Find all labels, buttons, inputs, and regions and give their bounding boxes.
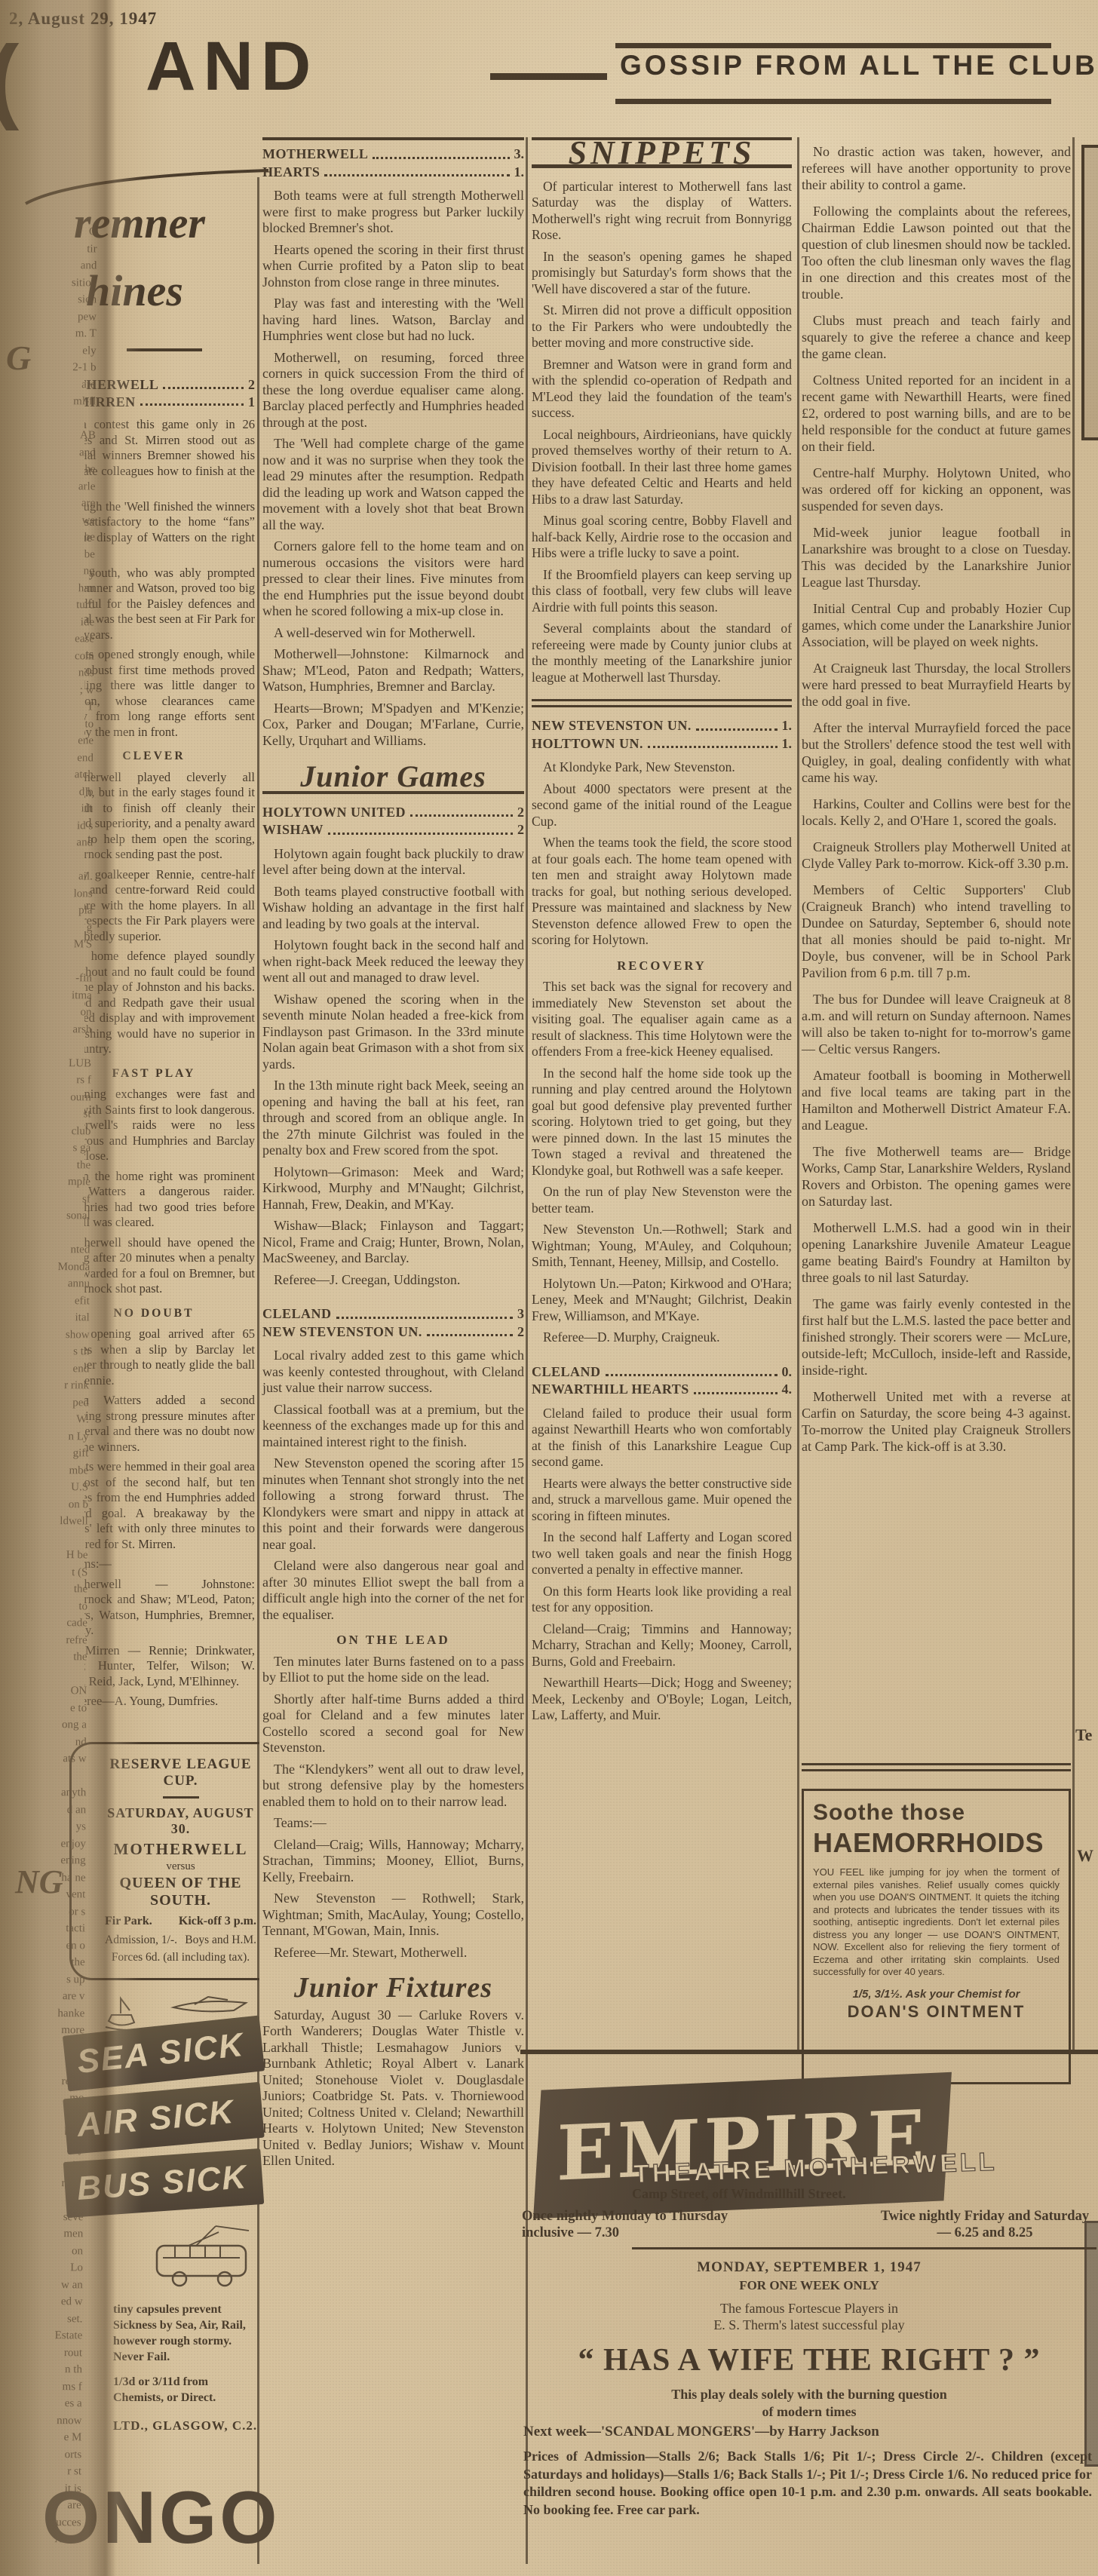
paragraph: Only goalkeeper Rennie, centre-half Telf…: [84, 867, 255, 945]
score-line: WISHAW2: [262, 822, 524, 839]
paragraph: This set back was the signal for recover…: [532, 979, 792, 1060]
fold-big-letter: G: [6, 338, 31, 378]
paragraph: Then Watters added a second following st…: [84, 1393, 255, 1455]
notice-versus: versus: [105, 1860, 256, 1873]
notice-date: SATURDAY, AUGUST 30.: [105, 1805, 256, 1837]
notice-title: RESERVE LEAGUE CUP.: [105, 1756, 256, 1789]
score-line: HEARTS1.: [262, 164, 524, 181]
paragraph: Amateur football is booming in Motherwel…: [802, 1067, 1071, 1133]
paragraph: When the teams took the field, the score…: [532, 835, 792, 949]
headline-rule: [127, 348, 202, 351]
schedule-weekdays: Once nightly Monday to Thursday inclusiv…: [522, 2208, 771, 2241]
paragraph: St. Mirren — Rennie; Drinkwater, Smith; …: [84, 1643, 255, 1690]
sub-heading: NO DOUBT: [84, 1306, 255, 1322]
edge-text-fragment: Te: [1075, 1725, 1092, 1745]
dot-leader: [648, 746, 777, 748]
paragraph: After the interval Murrayfield forced th…: [802, 719, 1071, 786]
ad-price-line: 1/5, 3/1½. Ask your Chemist for: [813, 1988, 1060, 2001]
paragraph: In the second half the home side took up…: [532, 1066, 792, 1179]
play-description-line1: This play deals solely with the burning …: [520, 2386, 1098, 2403]
paragraph: Wishaw opened the scoring when in the se…: [262, 992, 524, 1073]
paragraph: Corners galore fell to the home team and…: [262, 538, 524, 620]
paragraph: New Stevenston opened the scoring after …: [262, 1455, 524, 1553]
paragraph: A well-deserved win for Motherwell.: [262, 625, 524, 642]
sub-heading: FAST PLAY: [84, 1066, 255, 1082]
paragraph: The youth, who was ably prompted by Brem…: [84, 566, 255, 643]
score-line: HOLTTOWN UN.1.: [532, 736, 792, 753]
paragraph: Shortly after half-time Burns added a th…: [262, 1691, 524, 1756]
play-description-line2: of modern times: [520, 2403, 1098, 2421]
paragraph: In the second half Lafferty and Logan sc…: [532, 1529, 792, 1578]
dot-leader: [336, 1317, 513, 1319]
notice-away-team: QUEEN OF THE SOUTH.: [105, 1875, 256, 1909]
prices-paragraph: Prices of Admission—Stalls 2/6; Back Sta…: [523, 2448, 1092, 2519]
paragraph: On the run of play New Stevenston were t…: [532, 1184, 792, 1216]
score-line: NEW STEVENSTON UN.1.: [532, 718, 792, 734]
ad-title-line1: Soothe those: [813, 1800, 1060, 1826]
players-line2: E. S. Therm's latest successful play: [520, 2317, 1098, 2333]
paragraph: In a contest this game only in 26 minute…: [84, 417, 255, 495]
notice-rule: [163, 1796, 199, 1799]
fold-big-letter: NG: [15, 1863, 63, 1901]
doans-ointment-ad: Soothe those HAEMORRHOIDS YOU FEEL like …: [802, 1789, 1071, 2084]
sub-heading: ON THE LEAD: [262, 1632, 524, 1648]
sick-ad-line: tiny capsules prevent Sickness by Sea, A…: [113, 2302, 258, 2365]
match-report-body: In a contest this game only in 26 minute…: [84, 417, 255, 1710]
dot-leader: [163, 387, 244, 389]
sub-heading: CLEVER: [84, 749, 255, 765]
column-divider: [1072, 137, 1075, 2050]
notice-admission: Admission, 1/-.Boys and H.M.: [105, 1934, 256, 1947]
match-report-body: Holytown again fought back pluckily to d…: [262, 846, 524, 1289]
dot-leader: [140, 403, 244, 406]
paragraph: The “Klendykers” went all out to draw le…: [262, 1762, 524, 1811]
dot-leader: [328, 833, 513, 835]
paragraph: Referee—Mr. Stewart, Motherwell.: [262, 1945, 524, 1961]
score-line: NEWARTHILL HEARTS4.: [532, 1382, 792, 1398]
gossip-heading: GOSSIP FROM ALL THE CLUBS: [620, 50, 1098, 81]
paragraph: Craigneuk Strollers play Motherwell Unit…: [802, 839, 1071, 872]
ad-body-copy: YOU FEEL like jumping for joy when the t…: [813, 1866, 1060, 1979]
section-double-rule: [532, 699, 792, 707]
scorecard: MOTHERWELL3. HEARTS1.: [262, 146, 524, 180]
snippets-heading: SNIPPETS: [532, 137, 792, 168]
paragraph: Clubs must preach and teach fairly and s…: [802, 312, 1071, 362]
dot-leader: [427, 1334, 513, 1336]
paragraph: New Stevenston — Rothwell; Stark, Wightm…: [262, 1891, 524, 1940]
bus-icon: [143, 2223, 264, 2292]
paragraph: Referee—J. Creegan, Uddingston.: [262, 1272, 524, 1289]
paragraph: Centre-half Murphy. Holytown United, who…: [802, 465, 1071, 514]
reserve-league-cup-notice: RESERVE LEAGUE CUP. SATURDAY, AUGUST 30.…: [69, 1742, 259, 1980]
show-duration: FOR ONE WEEK ONLY: [520, 2278, 1098, 2293]
ad-divider-rule: [802, 1763, 1071, 1771]
dot-leader: [694, 1392, 777, 1394]
dot-leader: [373, 157, 509, 159]
newspaper-page: G tir and sition sion pew m. T ely 2-1 b…: [0, 0, 1098, 2576]
paragraph: The 'Well had complete charge of the gam…: [262, 436, 524, 533]
paragraph: Hearts opened the scoring in their first…: [262, 242, 524, 291]
ad-title-line2: HAEMORRHOIDS: [813, 1827, 1060, 1859]
paragraph: Saints opened strongly enough, while the…: [84, 647, 255, 740]
paragraph: Play was fast and interesting with the '…: [262, 296, 524, 345]
sea-sick-banner: SEA SICK: [63, 2016, 265, 2092]
ad-product-name: DOAN'S OINTMENT: [813, 2002, 1060, 2022]
headline-bremner-shines-line2: hines: [86, 265, 183, 316]
match-report-body: At Klondyke Park, New Stevenston. About …: [532, 759, 792, 1346]
bus-sick-banner: BUS SICK: [63, 2148, 265, 2218]
show-date: MONDAY, SEPTEMBER 1, 1947: [520, 2259, 1098, 2276]
paragraph: Hearts—Brown; M'Spadyen and M'Kenzie; Co…: [262, 701, 524, 750]
cut-ad-box-fragment: [1081, 145, 1098, 440]
match-report-body: Both teams were at full strength Motherw…: [262, 188, 524, 749]
paragraph: Following the complaints about the refer…: [802, 203, 1071, 302]
paragraph: At Craigneuk last Thursday, the local St…: [802, 660, 1071, 710]
paragraph: Motherwell L.M.S. had a good win in thei…: [802, 1219, 1071, 1286]
score-line: CLELAND0.: [532, 1364, 792, 1381]
paragraph: The opening goal arrived after 65 minute…: [84, 1326, 255, 1388]
paragraph: Local rivalry added zest to this game wh…: [262, 1348, 524, 1397]
paragraph: Motherwell should have opened the scorin…: [84, 1235, 255, 1297]
paragraph: Mid-week junior league football in Lanar…: [802, 524, 1071, 590]
paragraph: Coltness United reported for an incident…: [802, 372, 1071, 455]
players-line1: The famous Fortescue Players in: [520, 2300, 1098, 2317]
paragraph: Motherwell United met with a reverse at …: [802, 1388, 1071, 1455]
paragraph: Cleland were also dangerous near goal an…: [262, 1558, 524, 1623]
paragraph: St. Mirren did not prove a difficult opp…: [532, 302, 792, 351]
score-line: NEW STEVENSTON UN.2: [262, 1324, 524, 1341]
masthead-and: AND: [146, 27, 318, 106]
notice-venue-time: Fir Park.Kick-off 3 p.m.: [105, 1915, 256, 1928]
paragraph: The home defence played soundly througho…: [84, 949, 255, 1057]
paragraph: Initial Central Cup and probably Hozier …: [802, 600, 1071, 650]
paragraph: Holytown Un.—Paton; Kirkwood and O'Hara;…: [532, 1276, 792, 1325]
column-divider: [797, 137, 799, 2050]
paragraph: Cleland failed to produce their usual fo…: [532, 1406, 792, 1470]
paragraph: Teams:—: [262, 1815, 524, 1832]
sick-ad-company: LTD., GLASGOW, C.2.: [113, 2418, 258, 2433]
paragraph: Harkins, Coulter and Collins were best f…: [802, 796, 1071, 829]
air-sick-banner: AIR SICK: [63, 2082, 264, 2155]
sub-heading: RECOVERY: [532, 958, 792, 974]
score-line: MOTHERWELL3.: [262, 146, 524, 163]
schedule-weekend: Twice nightly Friday and Saturday — 6.25…: [873, 2208, 1096, 2241]
paragraph: Of particular interest to Motherwell fan…: [532, 179, 792, 244]
match-report-body: Local rivalry added zest to this game wh…: [262, 1348, 524, 1961]
paragraph: The five Motherwell teams are— Bridge Wo…: [802, 1143, 1071, 1210]
scorecard: MOTHERWELL2 ST. MIRREN1: [84, 377, 255, 409]
paragraph: Both teams were at full strength Motherw…: [262, 188, 524, 237]
paragraph: In the season's opening games he shaped …: [532, 249, 792, 298]
score-rule: [262, 137, 524, 140]
paragraph: Holytown—Grimason: Meek and Ward; Kirkwo…: [262, 1164, 524, 1213]
paragraph: Opening exchanges were fast and keen wit…: [84, 1087, 255, 1164]
paragraph: Holytown fought back in the second half …: [262, 937, 524, 986]
notice-tax: Forces 6d. (all including tax).: [105, 1951, 256, 1964]
column-motherwell-hearts: MOTHERWELL3. HEARTS1. Both teams were at…: [262, 137, 524, 2175]
notice-home-team: MOTHERWELL: [105, 1840, 256, 1859]
paragraph: Cleland—Craig; Wills, Hannoway; Mcharry,…: [262, 1837, 524, 1886]
paragraph: At Klondyke Park, New Stevenston.: [532, 759, 792, 776]
column-club-gossip: No drastic action was taken, however, an…: [802, 143, 1071, 1464]
junior-fixtures-heading: Junior Fixtures: [262, 1980, 524, 1997]
paragraph: Minus goal scoring centre, Bobby Flavell…: [532, 513, 792, 562]
paragraph: Newarthill Hearts—Dick; Hogg and Sweeney…: [532, 1675, 792, 1724]
paragraph: On this form Hearts look like providing …: [532, 1584, 792, 1616]
play-title: “ HAS A WIFE THE RIGHT ? ”: [520, 2342, 1098, 2378]
dot-leader: [696, 728, 777, 731]
column-divider: [257, 177, 259, 2564]
paragraph: Both teams played constructive football …: [262, 884, 524, 933]
ad-inner-rule: [632, 2247, 1096, 2249]
paragraph: Several complaints about the standard of…: [532, 621, 792, 685]
paragraph: Motherwell, on resuming, forced three co…: [262, 350, 524, 431]
paragraph: Motherwell—Johnstone: Kilmarnock and Sha…: [262, 646, 524, 695]
gossip-body: No drastic action was taken, however, an…: [802, 143, 1071, 1455]
column-bremner-report: MOTHERWELL2 ST. MIRREN1 In a contest thi…: [84, 371, 255, 1712]
masthead-cut-letter: (: [0, 26, 19, 133]
fixtures-list: Saturday, August 30 — Carluke Rovers v. …: [262, 2007, 524, 2170]
scorecard: CLELAND3 NEW STEVENSTON UN.2: [262, 1306, 524, 1340]
score-line: MOTHERWELL2: [84, 377, 255, 393]
brand-logo-fragment: ONGO: [42, 2475, 280, 2560]
headline-bremner-shines-line1: remner: [74, 198, 205, 248]
match-report-body: Cleland failed to produce their usual fo…: [532, 1406, 792, 1724]
paragraph: Ten minutes later Burns fastened on to a…: [262, 1654, 524, 1686]
masthead-dash: [490, 73, 607, 80]
paragraph: Cleland—Craig; Timmins and Hannoway; Mch…: [532, 1621, 792, 1670]
paragraph: Members of Celtic Supporters' Club (Crai…: [802, 882, 1071, 981]
dot-leader: [606, 1374, 777, 1376]
paragraph: If the Broomfield players can keep servi…: [532, 567, 792, 616]
gossip-rule-bottom: [615, 99, 1051, 104]
junior-games-heading: Junior Games: [262, 768, 524, 785]
paragraph: Though the 'Well finished the winners mo…: [84, 499, 255, 561]
paragraph: Soon the home right was prominent with W…: [84, 1169, 255, 1231]
gossip-rule-top: [615, 43, 1051, 48]
ad-top-rule: [520, 2050, 1098, 2054]
paragraph: In the 13th minute right back Meek, seei…: [262, 1078, 524, 1159]
dot-leader: [410, 814, 513, 817]
paragraph: The bus for Dundee will leave Craigneuk …: [802, 991, 1071, 1057]
snippets-body: Of particular interest to Motherwell fan…: [532, 179, 792, 686]
paragraph: Holytown again fought back pluckily to d…: [262, 846, 524, 879]
paragraph: Saints were hemmed in their goal area fo…: [84, 1459, 255, 1552]
scorecard: HOLYTOWN UNITED2 WISHAW2: [262, 805, 524, 839]
paragraph: Bremner and Watson were in grand form an…: [532, 357, 792, 422]
sick-ad-copy: tiny capsules prevent Sickness by Sea, A…: [113, 2302, 258, 2443]
dateline: 2, August 29, 1947: [9, 9, 157, 29]
paragraph: Wishaw—Black; Finlayson and Taggart; Nic…: [262, 1218, 524, 1267]
paragraph: Hearts were always the better constructi…: [532, 1476, 792, 1525]
score-line: CLELAND3: [262, 1306, 524, 1323]
paragraph: Motherwell — Johnstone: Kilmarnock and S…: [84, 1577, 255, 1639]
scorecard: NEW STEVENSTON UN.1. HOLTTOWN UN.1.: [532, 718, 792, 752]
theatre-address: Camp Street, off Windmillhill Street.: [632, 2186, 846, 2202]
paragraph: Local neighbours, Airdrieonians, have qu…: [532, 427, 792, 508]
paragraph: Motherwell played cleverly all through, …: [84, 770, 255, 863]
paragraph: No drastic action was taken, however, an…: [802, 143, 1071, 193]
score-line: HOLYTOWN UNITED2: [262, 805, 524, 821]
next-week-line: Next week—'SCANDAL MONGERS'—by Harry Jac…: [523, 2424, 879, 2440]
paragraph: Referee—D. Murphy, Craigneuk.: [532, 1329, 792, 1346]
dot-leader: [324, 174, 509, 176]
scorecard: CLELAND0. NEWARTHILL HEARTS4.: [532, 1364, 792, 1398]
paragraph: Teams:—: [84, 1556, 255, 1572]
paragraph: New Stevenston Un.—Rothwell; Stark and W…: [532, 1222, 792, 1271]
paragraph: Classical football was at a premium, but…: [262, 1402, 524, 1451]
paragraph: The game was fairly evenly contested in …: [802, 1296, 1071, 1378]
sick-ad-price: 1/3d or 3/11d from Chemists, or Direct.: [113, 2374, 258, 2406]
empire-theatre-ad: EMPIRE THEATRE MOTHERWELL Camp Street, o…: [520, 2050, 1098, 2576]
edge-text-fragment: W: [1077, 1846, 1093, 1866]
paragraph: Referee—A. Young, Dumfries.: [84, 1694, 255, 1710]
column-snippets: SNIPPETS Of particular interest to Mothe…: [532, 137, 792, 1729]
score-line: ST. MIRREN1: [84, 394, 255, 410]
paragraph: About 4000 spectators were present at th…: [532, 781, 792, 830]
